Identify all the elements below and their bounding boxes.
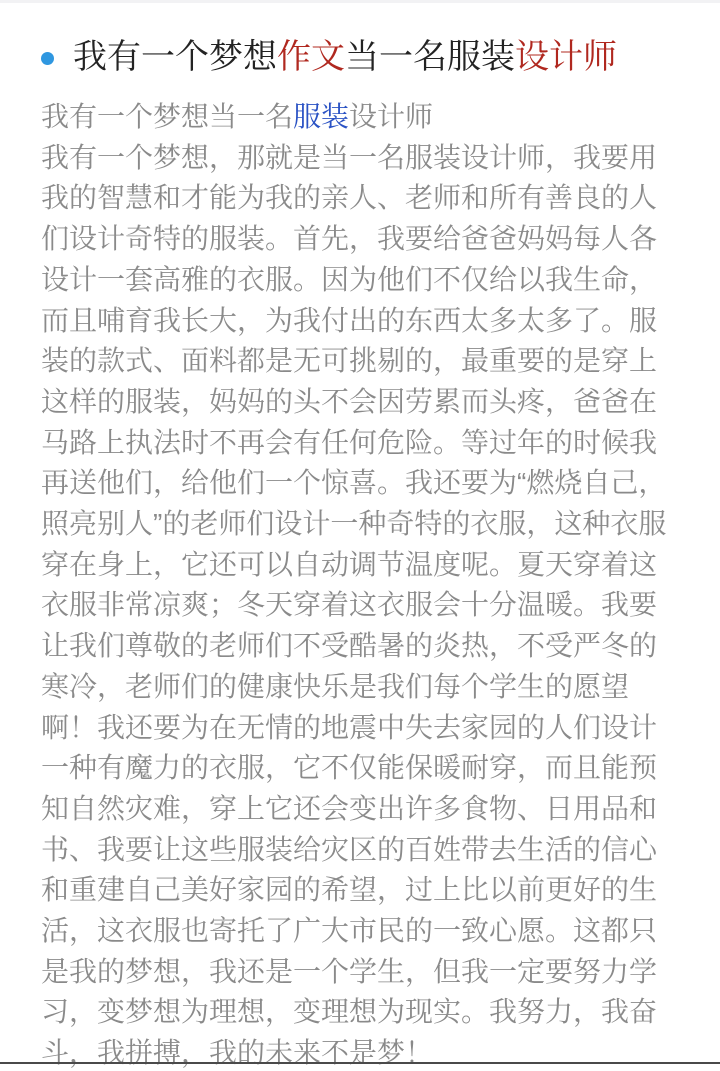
result-title: 我有一个梦想作文当一名服装设计师 [73, 39, 617, 76]
result-snippet: 我有一个梦想当一名服装设计师 我有一个梦想，那就是当一名服装设计师，我要用我的智… [41, 97, 679, 1071]
title-segment-highlight: 设计师 [515, 38, 617, 76]
snippet-first-line: 我有一个梦想当一名服装设计师 [41, 97, 679, 138]
title-segment-highlight: 作文 [277, 38, 345, 76]
snippet-text: 设计师 [349, 101, 433, 132]
title-segment: 当一名服装 [345, 38, 515, 76]
bullet-icon [41, 52, 54, 65]
bottom-divider-line [0, 1062, 720, 1064]
search-result-item: 我有一个梦想作文当一名服装设计师 我有一个梦想当一名服装设计师 我有一个梦想，那… [0, 0, 720, 1071]
snippet-text: 我有一个梦想当一名 [41, 101, 293, 132]
result-title-link[interactable]: 我有一个梦想作文当一名服装设计师 [41, 39, 679, 76]
snippet-body-text: 我有一个梦想，那就是当一名服装设计师，我要用我的智慧和才能为我的亲人、老师和所有… [41, 138, 679, 1071]
inline-keyword-link[interactable]: 服装 [293, 101, 349, 132]
title-segment: 我有一个梦想 [73, 38, 277, 76]
search-result-page: { "page": { "background": "#ffffff", "to… [0, 0, 720, 1071]
top-divider-strip [0, 0, 720, 3]
